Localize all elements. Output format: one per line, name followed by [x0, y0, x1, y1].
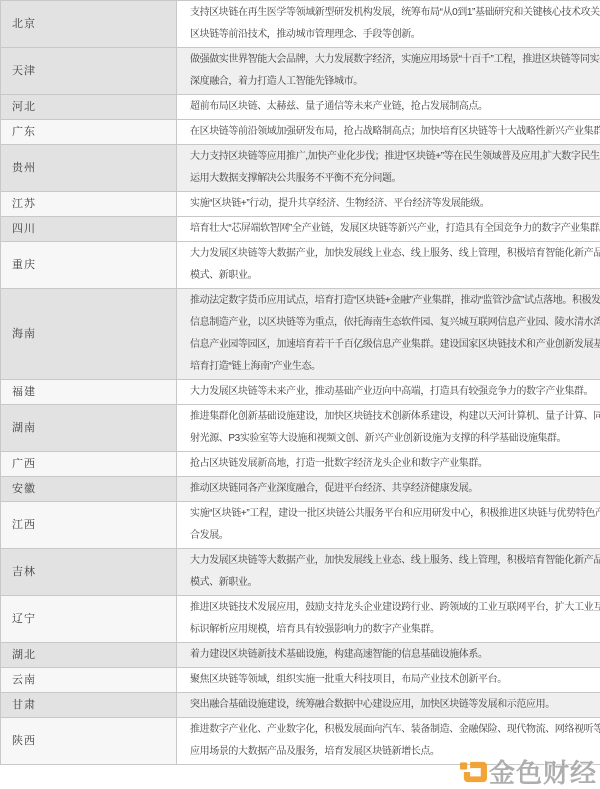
province-policy-table: 北京支持区块链在再生医学等领域新型研发机构发展，统筹布局“从0到1”基础研究和关… [0, 0, 600, 765]
province-cell: 甘肃 [1, 693, 177, 718]
table-row: 辽宁推进区块链技术发展应用，鼓励支持龙头企业建设跨行业、跨领域的工业互联网平台，… [1, 596, 600, 643]
policy-cell: 超前布局区块链、太赫兹、量子通信等未来产业链，抢占发展制高点。 [177, 95, 600, 120]
province-cell: 安徽 [1, 477, 177, 502]
policy-cell: 突出融合基础设施建设，统筹融合数据中心建设应用，加快区块链等发展和示范应用。 [177, 693, 600, 718]
policy-cell: 实施“区块链+”行动，提升共享经济、生物经济、平台经济等发展能级。 [177, 192, 600, 217]
table-row: 湖南推进集群化创新基础设施建设，加快区块链技术创新体系建设，构建以天河计算机、量… [1, 405, 600, 452]
table-row: 甘肃突出融合基础设施建设，统筹融合数据中心建设应用，加快区块链等发展和示范应用。 [1, 693, 600, 718]
policy-cell: 着力建设区块链新技术基础设施，构建高速智能的信息基础设施体系。 [177, 643, 600, 668]
table-row: 云南聚焦区块链等领域，组织实施一批重大科技项目，布局产业技术创新平台。 [1, 668, 600, 693]
table-row: 湖北着力建设区块链新技术基础设施，构建高速智能的信息基础设施体系。 [1, 643, 600, 668]
province-cell: 北京 [1, 1, 177, 48]
policy-cell: 推进集群化创新基础设施建设，加快区块链技术创新体系建设，构建以天河计算机、量子计… [177, 405, 600, 452]
policy-cell: 做强做实世界智能大会品牌，大力发展数字经济，实施应用场景“十百千”工程，推进区块… [177, 48, 600, 95]
policy-cell: 实施“区块链+”工程，建设一批区块链公共服务平台和应用研发中心，积极推进区块链与… [177, 502, 600, 549]
table-row: 四川培育壮大“芯屏端软智网”全产业链，发展区块链等新兴产业，打造具有全国竞争力的… [1, 217, 600, 242]
province-cell: 江苏 [1, 192, 177, 217]
province-cell: 福建 [1, 380, 177, 405]
table-row: 重庆大力发展区块链等大数据产业，加快发展线上业态、线上服务、线上管理，积极培育智… [1, 242, 600, 289]
table-row: 福建大力发展区块链等未来产业，推动基础产业迈向中高端，打造具有较强竞争力的数字产… [1, 380, 600, 405]
policy-cell: 大力发展区块链等未来产业，推动基础产业迈向中高端，打造具有较强竞争力的数字产业集… [177, 380, 600, 405]
table-row: 江西实施“区块链+”工程，建设一批区块链公共服务平台和应用研发中心，积极推进区块… [1, 502, 600, 549]
table-row: 天津做强做实世界智能大会品牌，大力发展数字经济，实施应用场景“十百千”工程，推进… [1, 48, 600, 95]
table-row: 吉林大力发展区块链等大数据产业，加快发展线上业态、线上服务、线上管理，积极培育智… [1, 549, 600, 596]
province-cell: 湖南 [1, 405, 177, 452]
province-cell: 天津 [1, 48, 177, 95]
province-cell: 湖北 [1, 643, 177, 668]
province-cell: 吉林 [1, 549, 177, 596]
province-cell: 江西 [1, 502, 177, 549]
policy-cell: 在区块链等前沿领域加强研发布局，抢占战略制高点；加快培育区块链等十大战略性新兴产… [177, 120, 600, 145]
table-row: 广西抢占区块链发展新高地，打造一批数字经济龙头企业和数字产业集群。 [1, 452, 600, 477]
policy-cell: 大力发展区块链等大数据产业，加快发展线上业态、线上服务、线上管理，积极培育智能化… [177, 549, 600, 596]
province-cell: 广西 [1, 452, 177, 477]
province-cell: 辽宁 [1, 596, 177, 643]
province-cell: 海南 [1, 289, 177, 380]
table-row: 广东在区块链等前沿领域加强研发布局，抢占战略制高点；加快培育区块链等十大战略性新… [1, 120, 600, 145]
province-cell: 广东 [1, 120, 177, 145]
province-cell: 四川 [1, 217, 177, 242]
policy-cell: 大力发展区块链等大数据产业，加快发展线上业态、线上服务、线上管理，积极培育智能化… [177, 242, 600, 289]
table-body: 北京支持区块链在再生医学等领域新型研发机构发展，统筹布局“从0到1”基础研究和关… [1, 1, 600, 765]
province-cell: 贵州 [1, 145, 177, 192]
province-cell: 河北 [1, 95, 177, 120]
policy-cell: 大力支持区块链等应用推广,加快产业化步伐；推进“区块链+”等在民生领域普及应用,… [177, 145, 600, 192]
policy-cell: 支持区块链在再生医学等领域新型研发机构发展，统筹布局“从0到1”基础研究和关键核… [177, 1, 600, 48]
table-row: 贵州大力支持区块链等应用推广,加快产业化步伐；推进“区块链+”等在民生领域普及应… [1, 145, 600, 192]
province-cell: 陕西 [1, 718, 177, 765]
blockchain-policy-table-screenshot: 北京支持区块链在再生医学等领域新型研发机构发展，统筹布局“从0到1”基础研究和关… [0, 0, 600, 789]
policy-cell: 抢占区块链发展新高地，打造一批数字经济龙头企业和数字产业集群。 [177, 452, 600, 477]
policy-cell: 推进数字产业化、产业数字化，积极发展面向汽车、装备制造、金融保险、现代物流、网络… [177, 718, 600, 765]
table-row: 河北超前布局区块链、太赫兹、量子通信等未来产业链，抢占发展制高点。 [1, 95, 600, 120]
policy-cell: 推动区块链同各产业深度融合，促进平台经济、共享经济健康发展。 [177, 477, 600, 502]
table-row: 江苏实施“区块链+”行动，提升共享经济、生物经济、平台经济等发展能级。 [1, 192, 600, 217]
policy-cell: 推进区块链技术发展应用，鼓励支持龙头企业建设跨行业、跨领域的工业互联网平台，扩大… [177, 596, 600, 643]
province-cell: 重庆 [1, 242, 177, 289]
table-row: 陕西推进数字产业化、产业数字化，积极发展面向汽车、装备制造、金融保险、现代物流、… [1, 718, 600, 765]
province-cell: 云南 [1, 668, 177, 693]
policy-cell: 聚焦区块链等领域，组织实施一批重大科技项目，布局产业技术创新平台。 [177, 668, 600, 693]
policy-cell: 推动法定数字货币应用试点，培育打造“区块链+金融”产业集群，推动“监管沙盒”试点… [177, 289, 600, 380]
table-row: 北京支持区块链在再生医学等领域新型研发机构发展，统筹布局“从0到1”基础研究和关… [1, 1, 600, 48]
policy-cell: 培育壮大“芯屏端软智网”全产业链，发展区块链等新兴产业，打造具有全国竞争力的数字… [177, 217, 600, 242]
table-row: 安徽推动区块链同各产业深度融合，促进平台经济、共享经济健康发展。 [1, 477, 600, 502]
table-row: 海南推动法定数字货币应用试点，培育打造“区块链+金融”产业集群，推动“监管沙盒”… [1, 289, 600, 380]
